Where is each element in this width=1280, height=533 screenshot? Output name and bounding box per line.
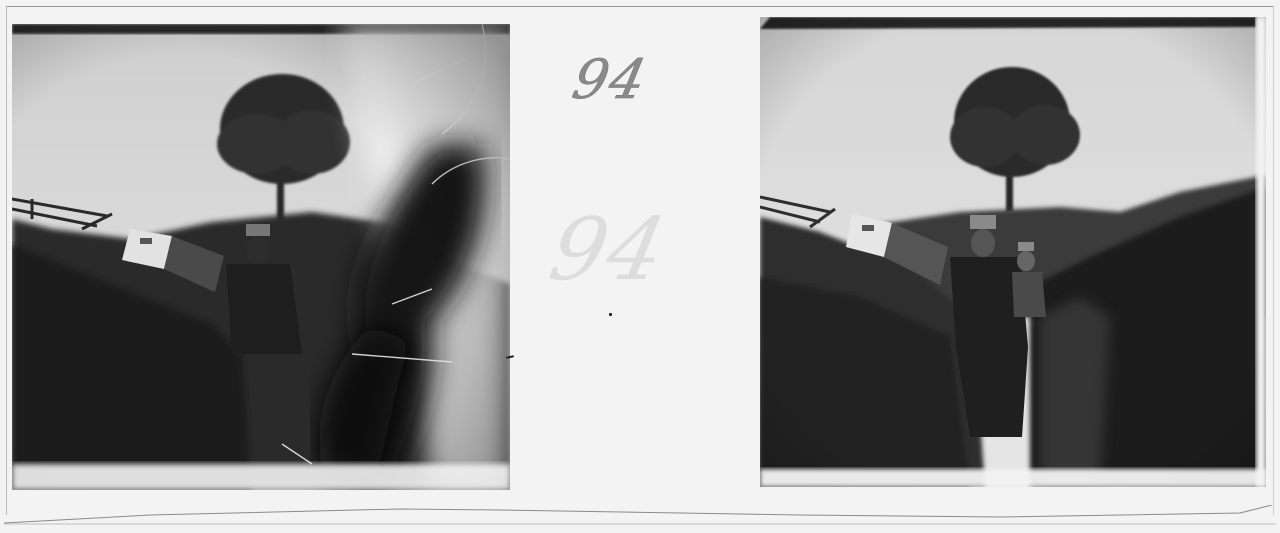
plate-number-label: 94 [567, 48, 653, 111]
left-scene [12, 24, 510, 490]
left-stereo-frame [12, 24, 510, 490]
right-stereo-frame [760, 17, 1266, 487]
right-scene [760, 17, 1266, 487]
plate-number-ghost: 94 [541, 200, 676, 300]
plate-bottom-edge [0, 505, 1280, 525]
glass-plate: 94 94 [0, 0, 1280, 533]
dust-speck [609, 313, 612, 316]
